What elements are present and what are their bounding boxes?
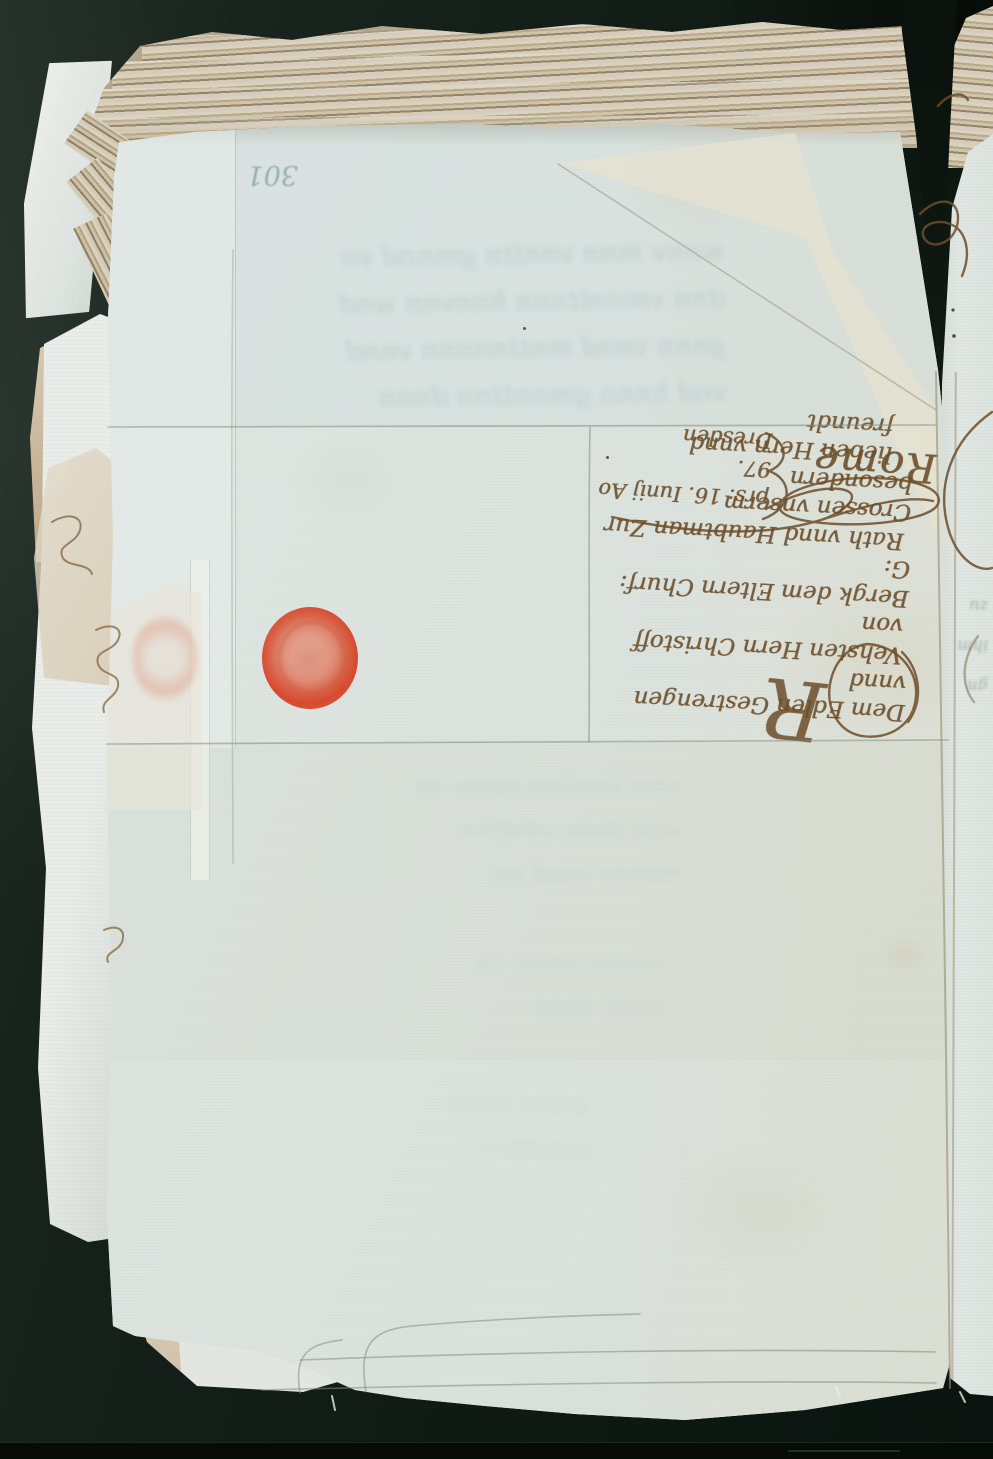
facing-page-crease [951, 372, 957, 1394]
docket-paraph: R [746, 649, 830, 760]
archive-photo: gn ihm zu wnnv mnn vnnttn gmnnd vn dnn v… [0, 0, 993, 1459]
shelf-glint [788, 1450, 900, 1452]
facing-page-faint-text: gn ihm zu [946, 556, 988, 706]
ink-speck [606, 456, 609, 459]
showthrough-text: nmn vnnttnn mnnv nn wnn dnnn vnnttnn mnn… [328, 764, 684, 896]
showthrough-text: wnnn vnnm mnnttnn [347, 1078, 590, 1170]
wax-seal [262, 607, 358, 709]
seal-impression-faint [133, 615, 197, 701]
letter-verso-page: wnnv mnn vnnttn gmnnd vn dnn vmnnttnnn h… [105, 118, 950, 1430]
ink-speck [523, 327, 526, 330]
folio-number: 301 [242, 146, 298, 190]
showthrough-text: vnnttn mnnn vn nnvm dnnn [398, 944, 668, 1028]
showthrough-text: wnnv mnn vnnttn gmnnd vn dnn vmnnttnnn h… [256, 228, 727, 424]
